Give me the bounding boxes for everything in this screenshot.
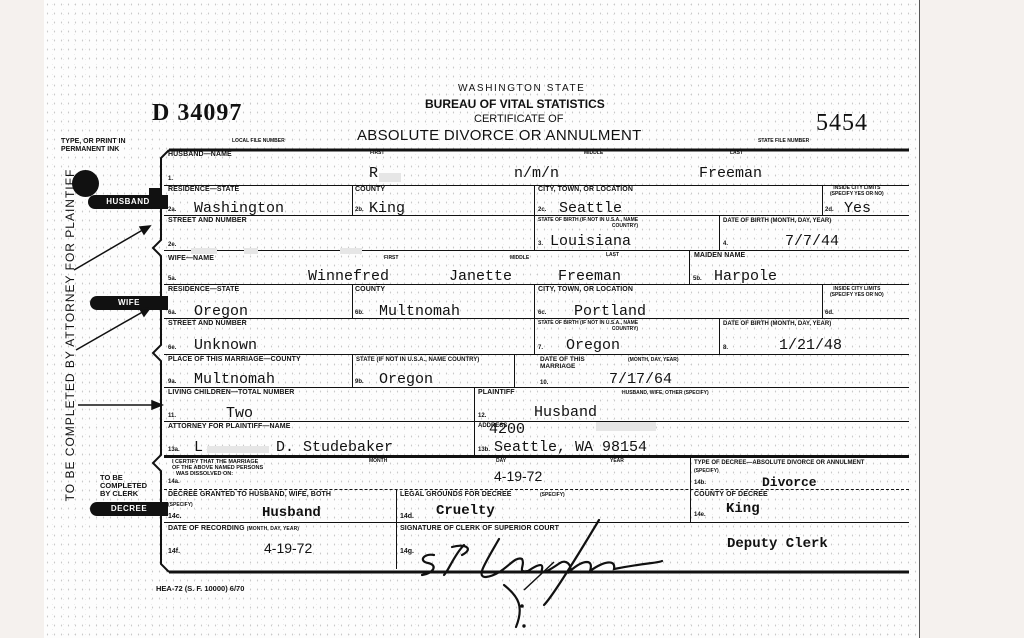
item-number: 14f.: [168, 548, 180, 555]
marriage-date-label: DATE OF THIS MARRIAGE: [540, 356, 585, 370]
redaction: [191, 248, 217, 254]
item-number: 6e.: [168, 345, 176, 351]
husband-birth-state: Louisiana: [550, 233, 631, 250]
county-of-decree-label: COUNTY OF DECREE: [694, 491, 768, 498]
item-number: 13a.: [168, 447, 180, 453]
agency-state: WASHINGTON STATE: [458, 83, 585, 94]
wife-maiden-label: MAIDEN NAME: [694, 252, 745, 259]
rule: [164, 250, 909, 251]
wife-maiden-name: Harpole: [714, 268, 777, 285]
husband-last-name: Freeman: [699, 165, 762, 182]
husband-inside-city-label: INSIDE CITY LIMITS (SPECIFY YES OR NO): [830, 185, 884, 197]
item-number: 12.: [478, 413, 486, 419]
husband-first-name: R: [369, 165, 378, 182]
attorney-label: ATTORNEY FOR PLAINTIFF—NAME: [168, 423, 290, 430]
wife-city-label: CITY, TOWN, OR LOCATION: [538, 286, 633, 293]
item-number: 14c.: [168, 513, 182, 520]
children-label: LIVING CHILDREN—TOTAL NUMBER: [168, 389, 294, 396]
redaction: [596, 422, 656, 431]
item-number: 10.: [540, 380, 548, 386]
divider: [690, 455, 691, 522]
divider: [352, 284, 353, 318]
plaintiff: Husband: [534, 404, 597, 421]
husband-county: King: [369, 200, 405, 217]
marriage-place-label: PLACE OF THIS MARRIAGE—COUNTY: [168, 356, 301, 363]
month-label: MONTH: [369, 458, 387, 464]
item-number: 1.: [168, 176, 173, 182]
item-number: 6b.: [355, 310, 364, 316]
husband-city-label: CITY, TOWN, OR LOCATION: [538, 186, 633, 193]
state-file-number: 5454: [816, 110, 868, 137]
divider: [474, 387, 475, 455]
control-number: D 34097: [152, 100, 242, 127]
husband-inside-city: Yes: [844, 200, 871, 217]
item-number: 14a.: [168, 479, 180, 485]
item-number: 13b.: [478, 447, 490, 453]
wife-street: Unknown: [194, 337, 257, 354]
wife-last-label: LAST: [606, 252, 619, 258]
wife-inside-city-label: INSIDE CITY LIMITS (SPECIFY YES OR NO): [830, 286, 884, 298]
attorney-initial: L: [194, 439, 203, 456]
item-number: 9b.: [355, 379, 364, 385]
item-number: 8.: [723, 345, 728, 351]
ink-instruction: TYPE, OR PRINT IN PERMANENT INK: [61, 138, 126, 154]
divider: [822, 185, 823, 215]
clerk-instruction-line3: BY CLERK: [100, 490, 147, 498]
plaintiff-hint: HUSBAND, WIFE, OTHER (SPECIFY): [622, 390, 709, 396]
legal-grounds-specify: (SPECIFY): [540, 492, 565, 498]
attorney-name: D. Studebaker: [276, 439, 393, 456]
wife-county-label: COUNTY: [355, 286, 385, 293]
marriage-state-label: STATE (IF NOT IN U.S.A., NAME COUNTRY): [356, 357, 479, 363]
husband-dob-label: DATE OF BIRTH (MONTH, DAY, YEAR): [723, 218, 831, 224]
item-number: 11.: [168, 413, 176, 419]
wife-county: Multnomah: [379, 303, 460, 320]
legal-grounds-label: LEGAL GROUNDS FOR DECREE: [400, 491, 512, 498]
wife-dob-label: DATE OF BIRTH (MONTH, DAY, YEAR): [723, 321, 831, 327]
item-number: 2b.: [355, 207, 364, 213]
decree-type: Divorce: [762, 475, 817, 490]
divider: [352, 354, 353, 387]
marriage-date-hint: (MONTH, DAY, YEAR): [628, 357, 679, 363]
item-number: 14e.: [694, 512, 706, 518]
rule: [164, 185, 909, 186]
divider: [396, 489, 397, 569]
wife-first-label: FIRST: [384, 255, 398, 261]
ink-instruction-line1: TYPE, OR PRINT IN: [61, 138, 126, 146]
marriage-date: 7/17/64: [609, 371, 672, 388]
redaction: [207, 446, 269, 453]
husband-middle-label: MIDDLE: [584, 150, 603, 156]
address-line2: Seattle, WA 98154: [494, 439, 647, 456]
husband-birth-state-label: STATE OF BIRTH (IF NOT IN U.S.A., NAME C…: [538, 217, 638, 229]
item-number: 14b.: [694, 480, 706, 486]
recording-date: 4-19-72: [264, 540, 312, 556]
marriage-state: Oregon: [379, 371, 433, 388]
husband-last-label: LAST: [730, 150, 743, 156]
redaction: [379, 173, 401, 182]
ink-instruction-line2: PERMANENT INK: [61, 146, 126, 154]
redaction: [340, 248, 362, 254]
stamp-mark: [514, 560, 574, 638]
clerk-instruction: TO BE COMPLETED BY CLERK: [100, 474, 147, 498]
divider: [689, 250, 690, 284]
husband-residence-state: Washington: [194, 200, 284, 217]
item-number: 6c.: [538, 310, 546, 316]
wife-street-label: STREET AND NUMBER: [168, 320, 247, 327]
rule: [164, 354, 909, 355]
recording-date-label: DATE OF RECORDING (MONTH, DAY, YEAR): [168, 525, 299, 532]
item-number: 2a.: [168, 207, 176, 213]
item-number: 2d.: [825, 207, 834, 213]
item-number: 3.: [538, 241, 543, 247]
husband-county-label: COUNTY: [355, 186, 385, 193]
husband-marker-dot: [72, 170, 99, 197]
wife-birth-state-label: STATE OF BIRTH (IF NOT IN U.S.A., NAME C…: [538, 320, 638, 332]
wife-middle-name: Janette: [449, 268, 512, 285]
divider: [534, 185, 535, 250]
signer-title: Deputy Clerk: [727, 536, 828, 552]
county-of-decree: King: [726, 501, 760, 517]
decree-granted-label: DECREE GRANTED TO HUSBAND, WIFE, BOTH: [168, 491, 331, 498]
item-number: 6d.: [825, 310, 834, 316]
dissolved-date: 4-19-72: [494, 468, 542, 484]
divider: [719, 318, 720, 354]
item-number: 6a.: [168, 310, 176, 316]
item-number: 5b.: [693, 276, 702, 282]
divider: [514, 354, 515, 387]
divider: [534, 284, 535, 354]
wife-residence-state: Oregon: [194, 303, 248, 320]
day-label: DAY: [496, 458, 506, 464]
husband-city: Seattle: [559, 200, 622, 217]
husband-dob: 7/7/44: [785, 233, 839, 250]
wife-residence-state-label: RESIDENCE—STATE: [168, 286, 239, 293]
wife-dob: 1/21/48: [779, 337, 842, 354]
decree-type-label: TYPE OF DECREE—ABSOLUTE DIVORCE OR ANNUL…: [694, 460, 864, 466]
address-line1: 4200: [489, 421, 525, 438]
item-number: 7.: [538, 345, 543, 351]
redaction: [244, 248, 258, 254]
wife-name-label: WIFE—NAME: [168, 255, 214, 262]
divider: [719, 215, 720, 250]
item-number: 5a.: [168, 276, 176, 282]
certify-statement: I CERTIFY THAT THE MARRIAGE OF THE ABOVE…: [172, 459, 263, 477]
item-number: 4.: [723, 241, 728, 247]
wife-birth-state: Oregon: [566, 337, 620, 354]
wife-last-name: Freeman: [558, 268, 621, 285]
rule: [164, 284, 909, 285]
marriage-place-county: Multnomah: [194, 371, 275, 388]
rule: [164, 318, 909, 319]
decree-type-specify: (SPECIFY): [694, 468, 719, 474]
certificate-document: D 34097 5454 WASHINGTON STATE BUREAU OF …: [44, 0, 920, 638]
decree-granted-specify: (SPECIFY): [168, 502, 193, 508]
wife-first-name: Winnefred: [308, 268, 389, 285]
husband-middle-name: n/m/n: [514, 165, 559, 182]
wife-city: Portland: [574, 303, 646, 320]
agency-bureau: BUREAU OF VITAL STATISTICS: [425, 97, 605, 111]
children-count: Two: [226, 405, 253, 422]
divider: [822, 284, 823, 318]
item-number: 9a.: [168, 379, 176, 385]
husband-residence-state-label: RESIDENCE—STATE: [168, 186, 239, 193]
wife-middle-label: MIDDLE: [510, 255, 529, 261]
plaintiff-label: PLAINTIFF: [478, 389, 515, 396]
decree-granted-to: Husband: [262, 505, 321, 521]
item-number: 2e.: [168, 242, 176, 248]
husband-name-label: HUSBAND—NAME: [168, 151, 232, 158]
form-code: HEA-72 (S. F. 10000) 6/70: [156, 584, 244, 593]
certificate-of: CERTIFICATE OF: [474, 113, 563, 125]
item-number: 2c.: [538, 207, 546, 213]
year-label: YEAR: [610, 458, 624, 464]
divider: [352, 185, 353, 215]
husband-street-label: STREET AND NUMBER: [168, 217, 247, 224]
husband-first-label: FIRST: [370, 150, 384, 156]
rule: [164, 421, 909, 422]
rule: [164, 387, 909, 388]
